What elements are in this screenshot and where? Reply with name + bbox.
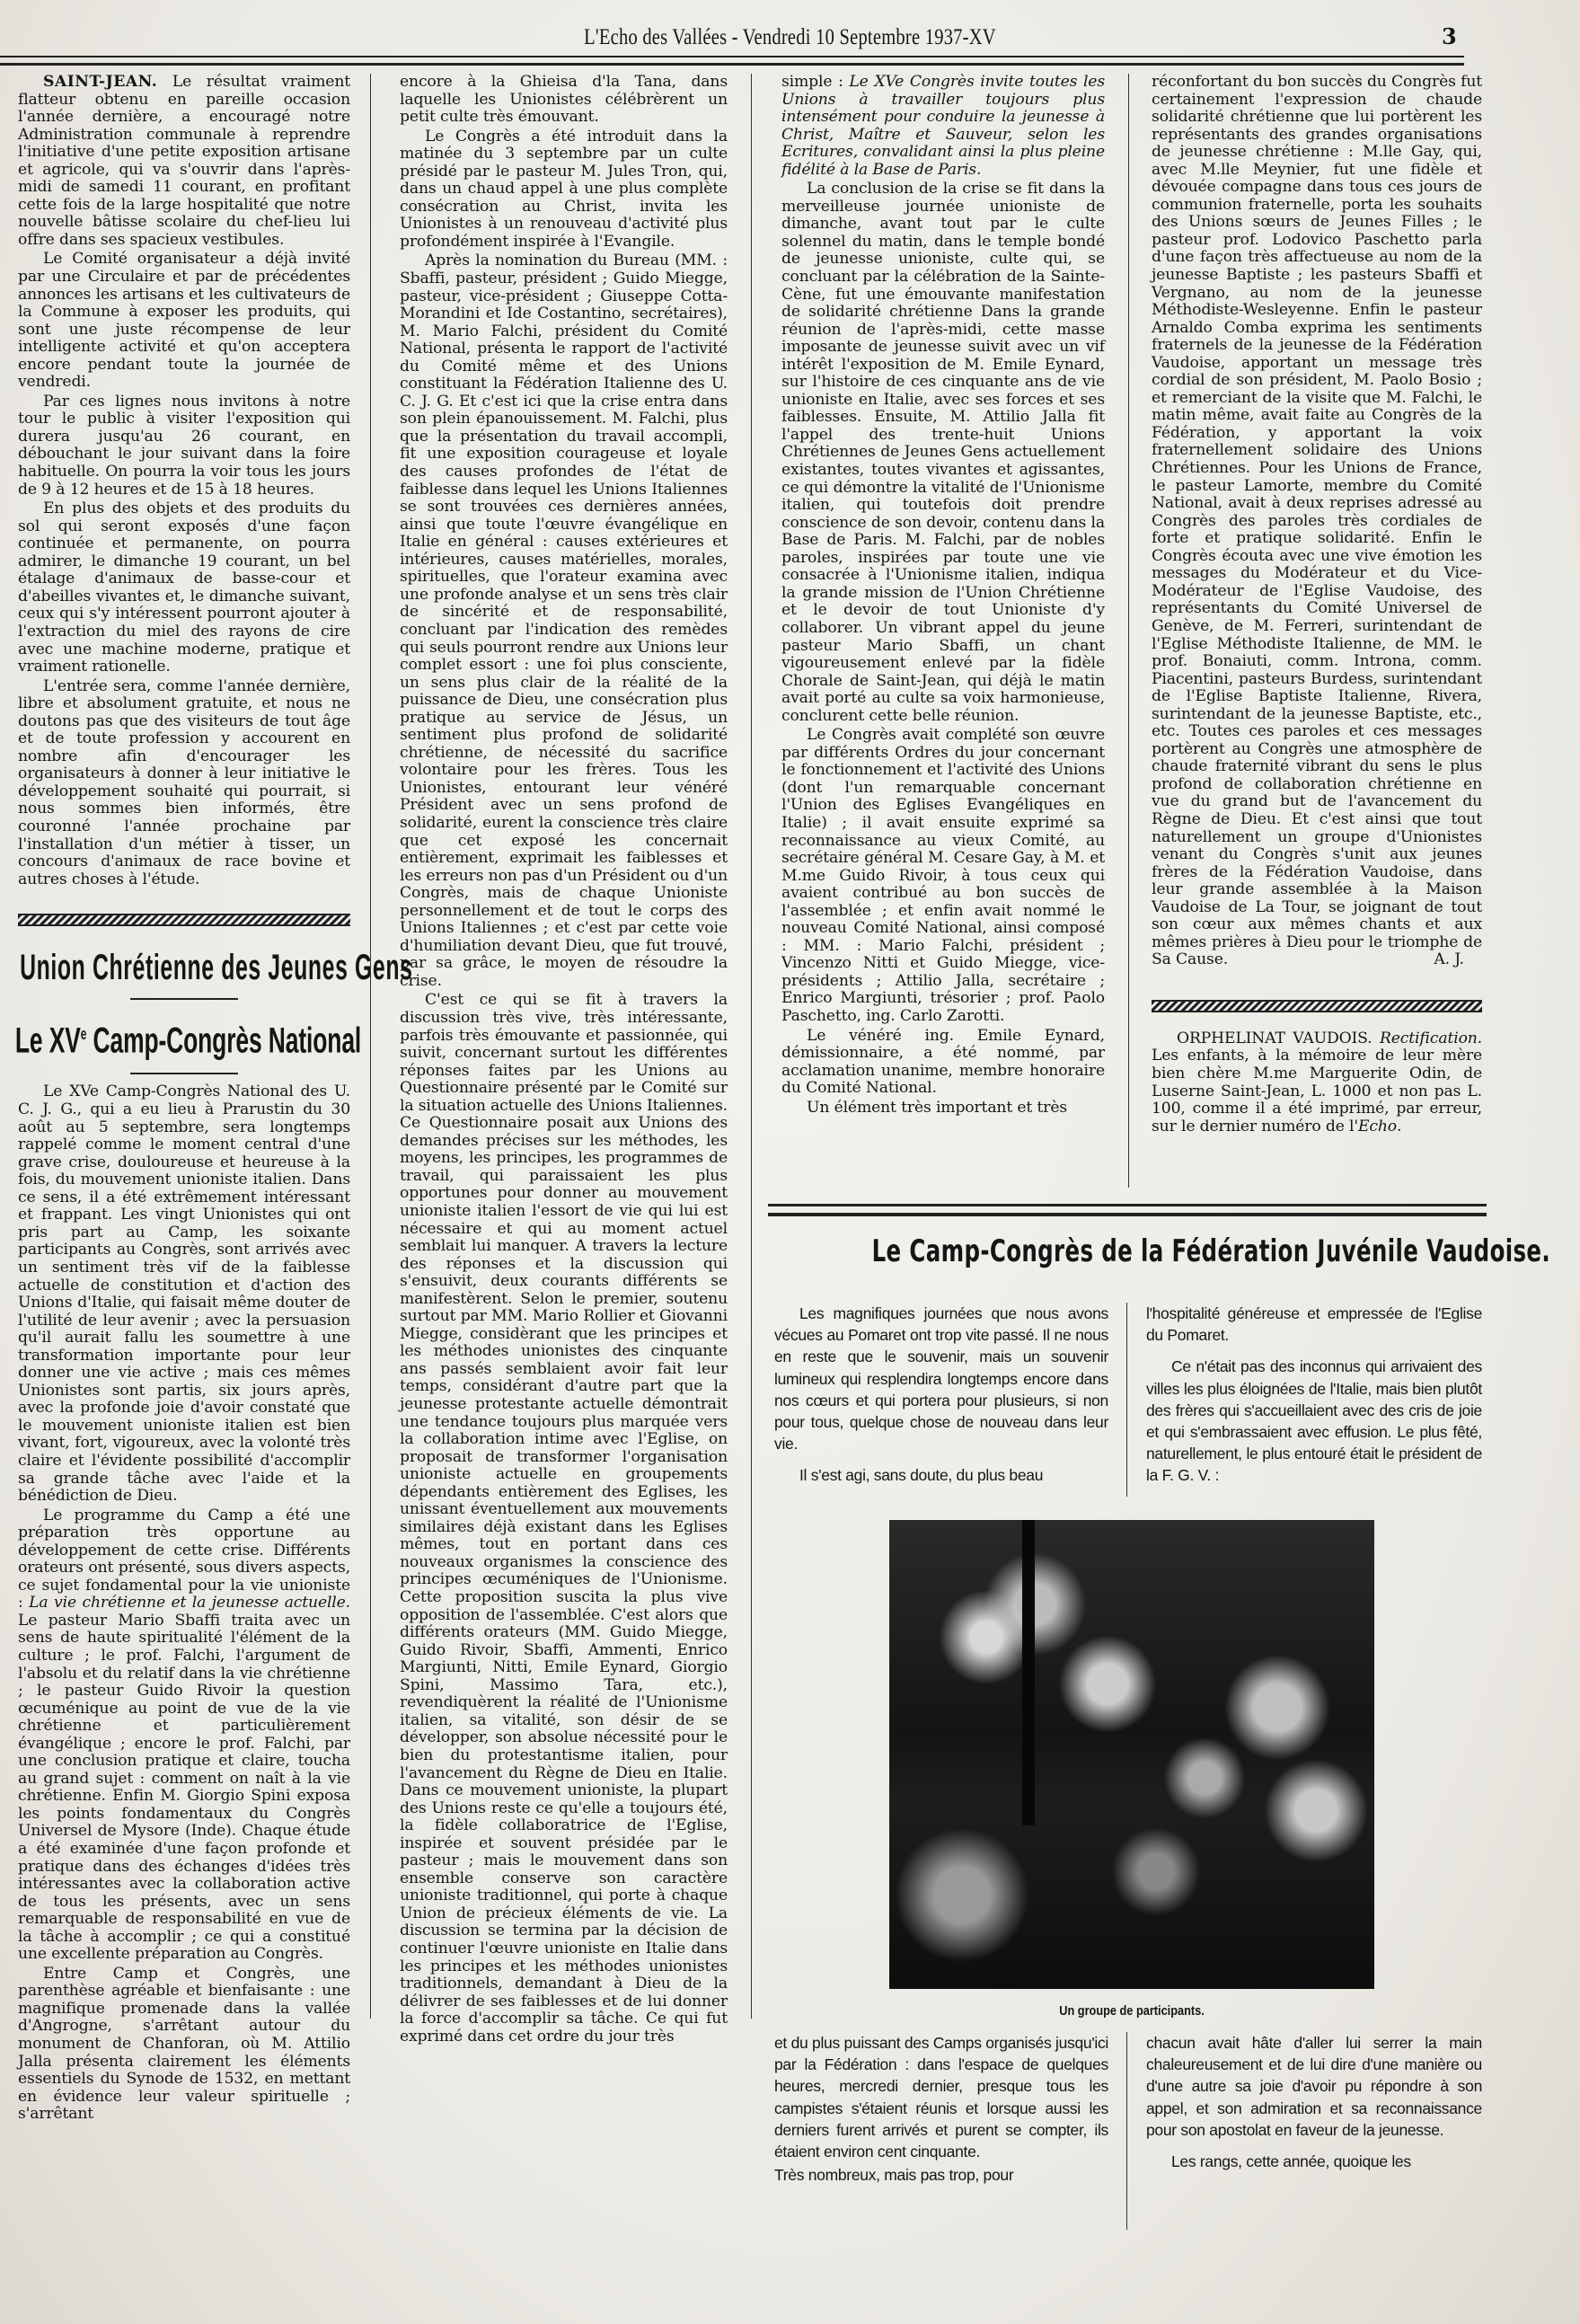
paragraph: Le Congrès avait complété son œuvre par … [781,727,1105,1025]
column-4: réconfortant du bon succès du Congrès fu… [1152,74,1482,1135]
paragraph: Entre Camp et Congrès, une parenthèse ag… [18,1966,350,2124]
saint-jean-paragraph: SAINT-JEAN. Le résultat vraiment flatteu… [18,74,350,249]
federation-bottom-left: et du plus puissant des Camps organisés … [774,2032,1108,2186]
paragraph: réconfortant du bon succès du Congrès fu… [1152,74,1482,969]
paragraph: La conclusion de la crise se fit dans la… [781,181,1105,725]
newspaper-page: L'Echo des Vallées - Vendredi 10 Septemb… [0,0,1580,2324]
column-3: simple : Le XVe Congrès invite toutes le… [781,74,1105,1117]
paragraph: et du plus puissant des Camps organisés … [774,2032,1108,2162]
paragraph: Le Congrès a été introduit dans la matin… [400,128,728,252]
header-rule [0,56,1464,57]
header-rule-thick [0,63,1464,66]
paragraph: Ce n'était pas des inconnus qui arrivaie… [1146,1356,1482,1486]
column-2: encore à la Ghieisa d'la Tana, dans laqu… [400,74,728,2046]
paragraph: chacun avait hâte d'aller lui serrer la … [1146,2032,1482,2141]
column-1: SAINT-JEAN. Le résultat vraiment flatteu… [18,74,350,2124]
paragraph: l'hospitalité généreuse et empressée de … [1146,1303,1482,1346]
paragraph: Après la nomination du Bureau (MM. : Sba… [400,252,728,990]
federation-column-left: Les magnifiques journées que nous avons … [774,1303,1108,1487]
paragraph: Les magnifiques journées que nous avons … [774,1303,1108,1454]
signature: A. J. [1434,951,1464,969]
page-number: 3 [1442,23,1457,49]
paragraph: Le vénéré ing. Emile Eynard, démissionna… [781,1028,1105,1098]
ornamental-divider [1152,1000,1482,1012]
paragraph: Un élément très important et très [781,1100,1105,1118]
paragraph: Le Comité organisateur a déjà invité par… [18,251,350,391]
column-divider [751,74,752,2019]
saint-jean-lead: SAINT-JEAN. [43,73,157,91]
column-divider [1126,1303,1127,1497]
section-rule-thick [768,1213,1487,1216]
section-rule [768,1204,1487,1206]
paragraph: Par ces lignes nous invitons à notre tou… [18,393,350,499]
paragraph: simple : Le XVe Congrès invite toutes le… [781,74,1105,179]
ornamental-divider [18,914,350,926]
orphelinat-notice: ORPHELINAT VAUDOIS. Rectification. Les e… [1152,1030,1482,1135]
paragraph: encore à la Ghieisa d'la Tana, dans laqu… [400,74,728,127]
federation-column-right: l'hospitalité généreuse et empressée de … [1146,1303,1482,1487]
headline-union-chretienne: Union Chrétienne des Jeunes Gens [20,944,349,991]
paragraph: Les rangs, cette année, quoique les [1146,2151,1482,2172]
masthead-title: L'Echo des Vallées - Vendredi 10 Septemb… [142,25,1437,50]
paragraph: L'entrée sera, comme l'année dernière, l… [18,678,350,889]
column-divider [370,74,371,2019]
headline-federation-juvenile: Le Camp-Congrès de la Fédération Juvénil… [872,1233,1383,1269]
paragraph: Le programme du Camp a été une préparati… [18,1507,350,1964]
photo-caption: Un groupe de participants. [926,2003,1338,2019]
short-rule [130,1073,238,1074]
headline-camp-congres-national: Le XVe Camp-Congrès National [15,1009,353,1065]
paragraph: Il s'est agi, sans doute, du plus beau [774,1464,1108,1486]
masthead: L'Echo des Vallées - Vendredi 10 Septemb… [0,25,1580,52]
paragraph: Le XVe Camp-Congrès National des U. C. J… [18,1083,350,1505]
short-rule [130,998,238,1000]
paragraph: Très nombreux, mais pas trop, pour [774,2164,1108,2186]
federation-bottom-right: chacun avait hâte d'aller lui serrer la … [1146,2032,1482,2172]
column-divider [1126,2032,1127,2230]
paragraph: C'est ce qui se fit à travers la discuss… [400,992,728,2046]
column-divider [1128,74,1129,1188]
paragraph: En plus des objets et des produits du so… [18,500,350,676]
photo-group-of-participants [889,1520,1374,1989]
